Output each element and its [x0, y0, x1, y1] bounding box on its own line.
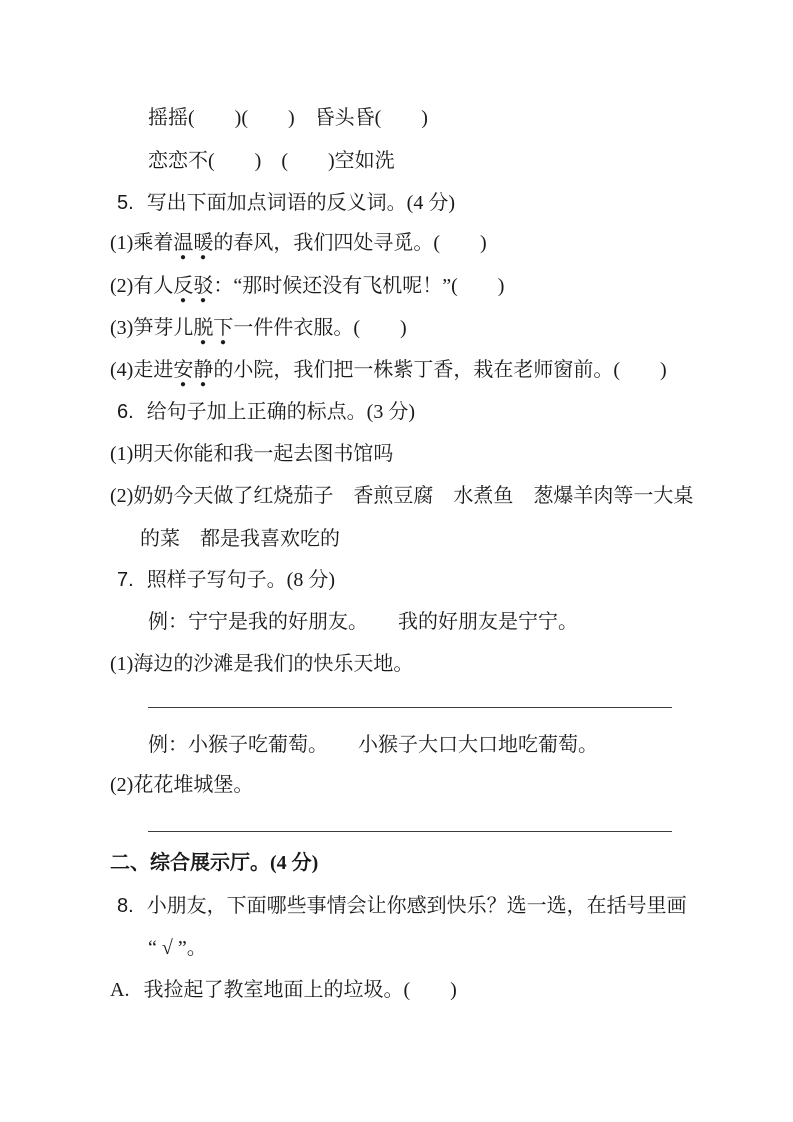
fill-blank-line-2: 恋恋不( ) ( )空如洗 — [148, 146, 395, 176]
question-5-item-2: (2)有人反驳：“那时候还没有飞机呢！”( ) — [110, 271, 504, 301]
question-6-item-2-line-1: (2)奶奶今天做了红烧茄子 香煎豆腐 水煮鱼 葱爆羊肉等一大桌 — [110, 481, 693, 511]
text-segment: (1)乘着 — [110, 232, 173, 254]
question-8-title-line-1: 8.小朋友，下面哪些事情会让你感到快乐？选一选，在括号里画 — [117, 891, 687, 921]
question-7-title-text: 照样子写句子。(8 分) — [147, 569, 335, 591]
worksheet-page: 摇摇( )( ) 昏头昏( ) 恋恋不( ) ( )空如洗 5.写出下面加点词语… — [0, 0, 793, 1122]
question-7-number: 7. — [117, 569, 134, 591]
question-5-item-3: (3)笋芽儿脱下一件件衣服。( ) — [110, 313, 407, 343]
emphasized-word: 脱下 — [193, 317, 233, 346]
question-8-title-line-2: “ √ ”。 — [148, 933, 207, 963]
question-6-item-2-line-2: 的菜 都是我喜欢吃的 — [140, 524, 340, 554]
emphasized-word: 反驳 — [173, 275, 213, 304]
text-segment: (2)有人 — [110, 275, 173, 297]
question-6-title: 6.给句子加上正确的标点。(3 分) — [117, 397, 415, 427]
option-a-text: 我捡起了教室地面上的垃圾。( ) — [143, 979, 456, 1001]
text-segment: 的小院，我们把一株紫丁香，栽在老师窗前。( ) — [213, 359, 666, 381]
option-a-label: A. — [110, 979, 129, 1001]
answer-blank-line-1 — [148, 707, 672, 708]
text-segment: ：“那时候还没有飞机呢！”( ) — [213, 275, 504, 297]
text-segment: 一件件衣服。( ) — [233, 317, 406, 339]
question-7-title: 7.照样子写句子。(8 分) — [117, 565, 335, 595]
emphasized-word: 温暖 — [173, 232, 213, 261]
question-8-title-text: 小朋友，下面哪些事情会让你感到快乐？选一选，在括号里画 — [147, 895, 687, 917]
section-2-heading: 二、综合展示厅。(4 分) — [110, 848, 318, 878]
question-7-example-1: 例：宁宁是我的好朋友。 我的好朋友是宁宁。 — [148, 607, 578, 637]
fill-blank-line-1: 摇摇( )( ) 昏头昏( ) — [148, 103, 428, 133]
question-8-option-a: A.我捡起了教室地面上的垃圾。( ) — [110, 975, 457, 1005]
question-7-item-2: (2)花花堆城堡。 — [110, 770, 253, 800]
question-6-item-1: (1)明天你能和我一起去图书馆吗 — [110, 439, 393, 469]
question-7-item-1: (1)海边的沙滩是我们的快乐天地。 — [110, 649, 413, 679]
question-5-item-1: (1)乘着温暖的春风，我们四处寻觅。( ) — [110, 228, 487, 258]
emphasized-word: 安静 — [173, 359, 213, 388]
question-5-item-4: (4)走进安静的小院，我们把一株紫丁香，栽在老师窗前。( ) — [110, 355, 667, 385]
text-segment: 的春风，我们四处寻觅。( ) — [213, 232, 486, 254]
text-segment: (3)笋芽儿 — [110, 317, 193, 339]
text-segment: (4)走进 — [110, 359, 173, 381]
answer-blank-line-2 — [148, 831, 672, 832]
question-5-number: 5. — [117, 192, 134, 214]
question-8-number: 8. — [117, 895, 134, 917]
question-6-number: 6. — [117, 401, 134, 423]
question-7-example-2: 例：小猴子吃葡萄。 小猴子大口大口地吃葡萄。 — [148, 730, 598, 760]
question-6-title-text: 给句子加上正确的标点。(3 分) — [147, 401, 415, 423]
question-5-title: 5.写出下面加点词语的反义词。(4 分) — [117, 188, 455, 218]
question-5-title-text: 写出下面加点词语的反义词。(4 分) — [147, 192, 455, 214]
